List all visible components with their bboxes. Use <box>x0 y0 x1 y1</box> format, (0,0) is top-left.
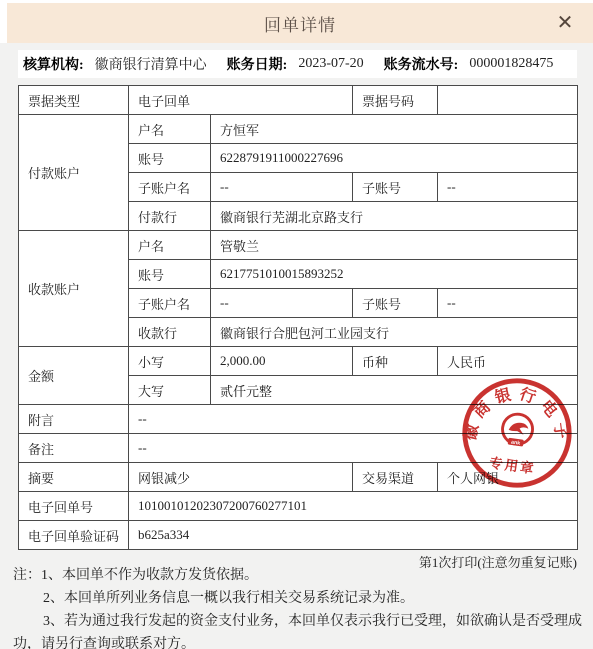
verify-code-value: b625a334 <box>129 521 578 550</box>
payee-bank-value: 徽商银行合肥包河工业园支行 <box>211 318 578 347</box>
amount-upper-value: 贰仟元整 <box>211 376 578 405</box>
amount-lower-label: 小写 <box>129 347 211 376</box>
serial-no-value: 000001828475 <box>469 56 553 72</box>
receipt-table: 票据类型 电子回单 票据号码 付款账户 户名 方恒军 账号 6228791911… <box>18 85 578 550</box>
currency-label: 币种 <box>353 347 438 376</box>
payee-account-value: 6217751010015893252 <box>211 260 578 289</box>
payee-subname-value: -- <box>211 289 353 318</box>
footnote-line: 注：1、本回单不作为收款方发货依据。 <box>13 564 585 587</box>
bill-type-label: 票据类型 <box>19 86 129 115</box>
accounting-org-label: 核算机构: <box>23 54 84 74</box>
payer-subname-label: 子账户名 <box>129 173 211 202</box>
footnote-line: 3、若为通过我行发起的资金支付业务，本回单仅表示我行已受理，如欲确认是否受理成功… <box>13 610 585 649</box>
remark-label: 备注 <box>19 434 129 463</box>
table-row: 电子回单验证码 b625a334 <box>19 521 578 550</box>
payer-subaccount-value: -- <box>438 173 578 202</box>
payer-bank-value: 徽商银行芜湖北京路支行 <box>211 202 578 231</box>
footnotes: 注：1、本回单不作为收款方发货依据。 2、本回单所列业务信息一概以我行相关交易系… <box>13 564 585 649</box>
table-row: 金额 小写 2,000.00 币种 人民币 <box>19 347 578 376</box>
channel-value: 个人网银 <box>438 463 578 492</box>
accounting-date-value: 2023-07-20 <box>298 56 363 72</box>
receipt-no-label: 电子回单号 <box>19 492 129 521</box>
accounting-info-bar: 核算机构: 徽商银行清算中心 账务日期: 2023-07-20 账务流水号: 0… <box>18 50 577 78</box>
payer-group-label: 付款账户 <box>19 115 129 231</box>
payer-bank-label: 付款行 <box>129 202 211 231</box>
remark-value: -- <box>129 434 578 463</box>
payee-account-label: 账号 <box>129 260 211 289</box>
accounting-org-value: 徽商银行清算中心 <box>95 54 207 74</box>
table-row: 付款账户 户名 方恒军 <box>19 115 578 144</box>
payee-bank-label: 收款行 <box>129 318 211 347</box>
bill-no-value <box>438 86 578 115</box>
payee-subaccount-value: -- <box>438 289 578 318</box>
payer-account-label: 账号 <box>129 144 211 173</box>
payer-name-label: 户名 <box>129 115 211 144</box>
bill-no-label: 票据号码 <box>353 86 438 115</box>
receipt-dialog: 回单详情 ✕ 核算机构: 徽商银行清算中心 账务日期: 2023-07-20 账… <box>0 0 593 649</box>
postscript-label: 附言 <box>19 405 129 434</box>
close-icon[interactable]: ✕ <box>551 9 579 37</box>
amount-upper-label: 大写 <box>129 376 211 405</box>
payee-name-value: 管敬兰 <box>211 231 578 260</box>
table-row: 附言 -- <box>19 405 578 434</box>
footnote-line: 2、本回单所列业务信息一概以我行相关交易系统记录为准。 <box>13 587 585 610</box>
table-row: 收款账户 户名 管敬兰 <box>19 231 578 260</box>
accounting-date-label: 账务日期: <box>227 54 288 74</box>
payer-name-value: 方恒军 <box>211 115 578 144</box>
amount-group-label: 金额 <box>19 347 129 405</box>
verify-code-label: 电子回单验证码 <box>19 521 129 550</box>
serial-no-label: 账务流水号: <box>384 54 459 74</box>
receipt-no-value: 10100101202307200760277101 <box>129 492 578 521</box>
channel-label: 交易渠道 <box>353 463 438 492</box>
payee-subname-label: 子账户名 <box>129 289 211 318</box>
summary-value: 网银减少 <box>129 463 353 492</box>
payer-subaccount-label: 子账号 <box>353 173 438 202</box>
summary-label: 摘要 <box>19 463 129 492</box>
amount-lower-value: 2,000.00 <box>211 347 353 376</box>
payer-account-value: 6228791911000227696 <box>211 144 578 173</box>
currency-value: 人民币 <box>438 347 578 376</box>
payee-subaccount-label: 子账号 <box>353 289 438 318</box>
dialog-title: 回单详情 <box>264 11 336 36</box>
dialog-header: 回单详情 ✕ <box>7 3 593 43</box>
table-row: 备注 -- <box>19 434 578 463</box>
table-row: 电子回单号 10100101202307200760277101 <box>19 492 578 521</box>
payer-subname-value: -- <box>211 173 353 202</box>
table-row: 票据类型 电子回单 票据号码 <box>19 86 578 115</box>
bill-type-value: 电子回单 <box>129 86 353 115</box>
payee-group-label: 收款账户 <box>19 231 129 347</box>
postscript-value: -- <box>129 405 578 434</box>
payee-name-label: 户名 <box>129 231 211 260</box>
table-row: 摘要 网银减少 交易渠道 个人网银 <box>19 463 578 492</box>
